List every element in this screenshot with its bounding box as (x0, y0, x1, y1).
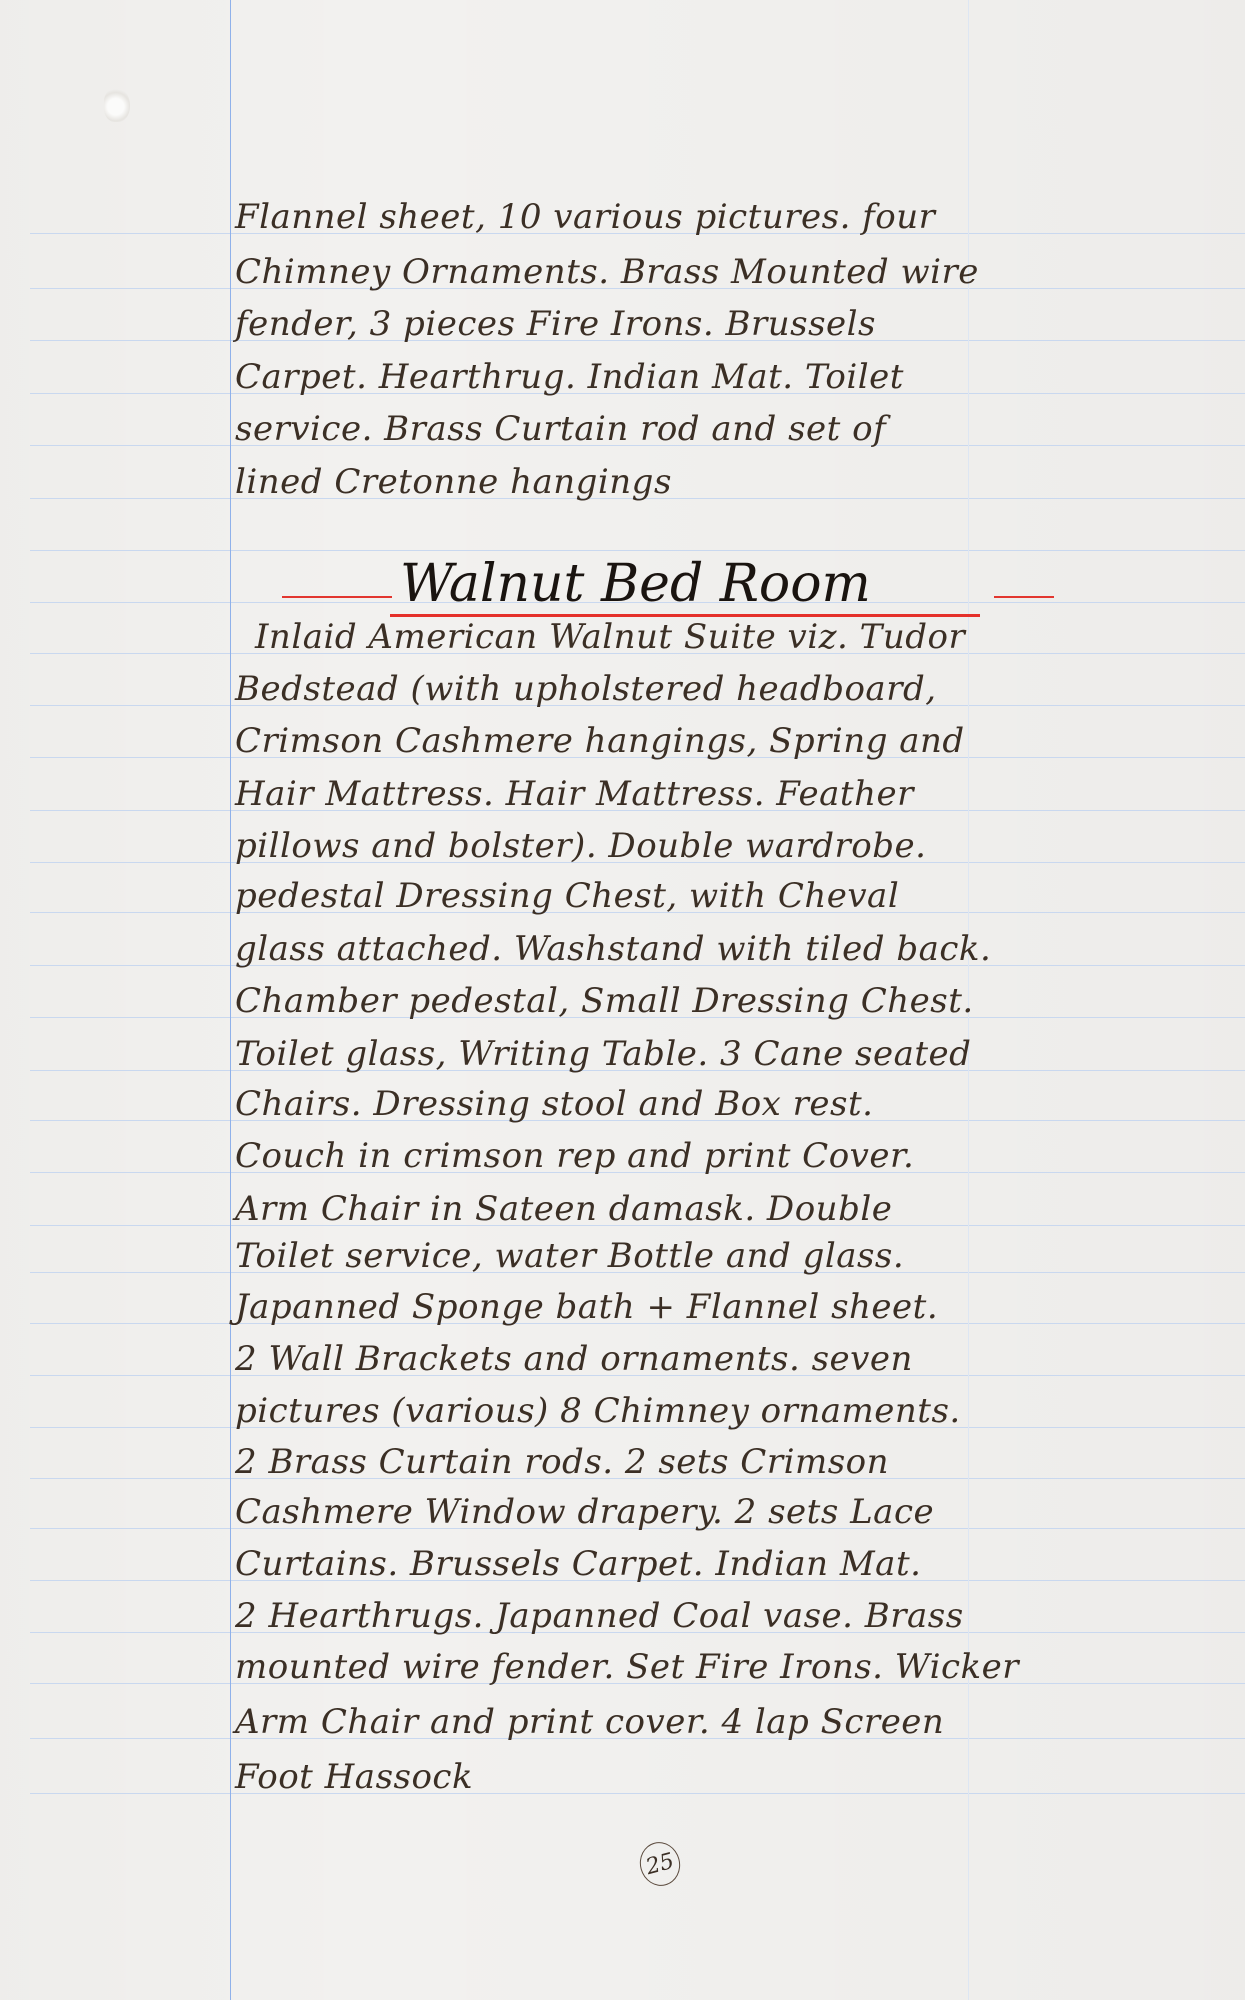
inventory-line: Bedstead (with upholstered headboard, (235, 669, 1235, 709)
inventory-line: pillows and bolster). Double wardrobe. (235, 826, 1235, 866)
section-heading-text: Walnut Bed Room (400, 554, 871, 614)
inventory-line: glass attached. Washstand with tiled bac… (235, 929, 1235, 969)
continued-text-line: fender, 3 pieces Fire Irons. Brussels (235, 304, 1235, 344)
inventory-line: Japanned Sponge bath + Flannel sheet. (235, 1287, 1235, 1327)
inventory-line: 2 Wall Brackets and ornaments. seven (235, 1339, 1235, 1379)
page-number: 25 (635, 1838, 685, 1891)
inventory-line: Foot Hassock (235, 1757, 1235, 1797)
continued-text-line: Carpet. Hearthrug. Indian Mat. Toilet (235, 357, 1235, 397)
continued-text-line: lined Cretonne hangings (235, 462, 1235, 502)
inventory-line: pedestal Dressing Chest, with Cheval (235, 876, 1235, 916)
inventory-line: 2 Brass Curtain rods. 2 sets Crimson (235, 1442, 1235, 1482)
inventory-line: Chamber pedestal, Small Dressing Chest. (235, 981, 1235, 1021)
inventory-line: Cashmere Window drapery. 2 sets Lace (235, 1492, 1235, 1532)
inventory-line: Curtains. Brussels Carpet. Indian Mat. (235, 1544, 1235, 1584)
inventory-line: mounted wire fender. Set Fire Irons. Wic… (235, 1647, 1235, 1687)
inventory-line: Arm Chair and print cover. 4 lap Screen (235, 1702, 1235, 1742)
inventory-line: Hair Mattress. Hair Mattress. Feather (235, 774, 1235, 814)
inventory-line: Couch in crimson rep and print Cover. (235, 1136, 1235, 1176)
continued-text-line: service. Brass Curtain rod and set of (235, 409, 1235, 449)
heading-red-dash-left (282, 596, 392, 598)
ledger-page: Flannel sheet, 10 various pictures. four… (0, 0, 1245, 2000)
inventory-line: Crimson Cashmere hangings, Spring and (235, 721, 1235, 761)
continued-text-line: Flannel sheet, 10 various pictures. four (235, 197, 1235, 237)
inventory-line: Toilet service, water Bottle and glass. (235, 1236, 1235, 1276)
heading-red-dash-right (994, 596, 1054, 598)
inventory-line: 2 Hearthrugs. Japanned Coal vase. Brass (235, 1596, 1235, 1636)
paper-puncture-mark (104, 88, 130, 122)
inventory-line: Chairs. Dressing stool and Box rest. (235, 1084, 1235, 1124)
section-heading: Walnut Bed Room (280, 548, 1100, 618)
inventory-line: Inlaid American Walnut Suite viz. Tudor (255, 617, 1245, 657)
inventory-line: pictures (various) 8 Chimney ornaments. (235, 1391, 1235, 1431)
continued-text-line: Chimney Ornaments. Brass Mounted wire (235, 252, 1235, 292)
inventory-line: Toilet glass, Writing Table. 3 Cane seat… (235, 1034, 1235, 1074)
inventory-line: Arm Chair in Sateen damask. Double (235, 1189, 1235, 1229)
margin-line (230, 0, 231, 2000)
